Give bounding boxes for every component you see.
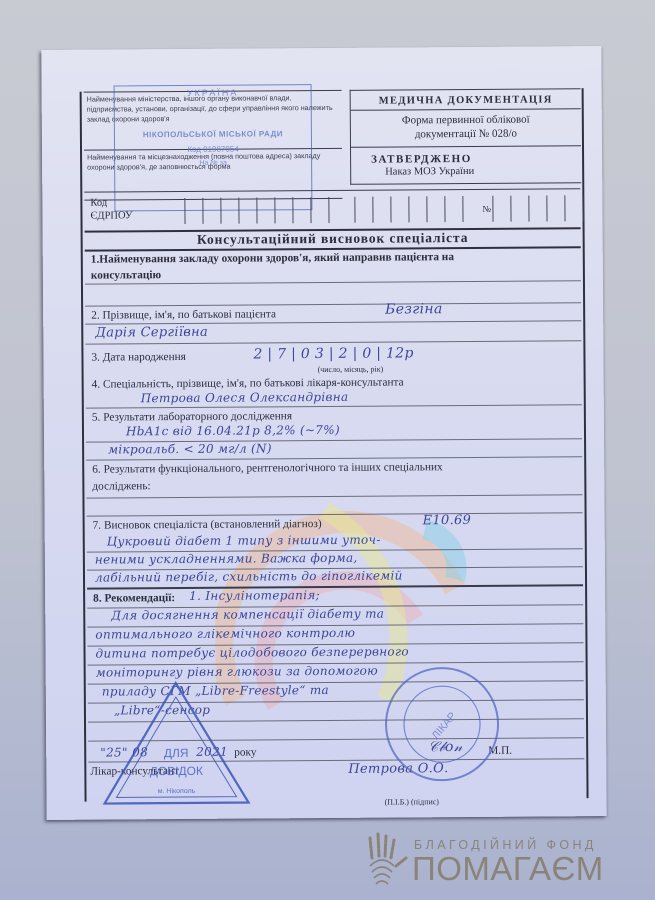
patient-name: Дарія Сергіївна: [95, 325, 208, 341]
stamp-council: НІКОПОЛЬСЬКОЇ МІСЬКОЇ РАДИ: [115, 129, 311, 139]
recommendation-0: 1. Інсулінотерапія;: [189, 588, 320, 603]
approved-label: ЗАТВЕРДЖЕНО: [351, 146, 581, 166]
birth-date: 2 | 7 | 0 3 | 2 | 0 | 12р: [253, 345, 413, 362]
field-2-label: 2. Прізвище, ім'я, по батькові пацієнта: [91, 308, 276, 321]
field-4-label: 4. Спеціальність, прізвище, ім'я, по бат…: [92, 376, 404, 390]
stamp-reg: На № за: [115, 159, 311, 167]
medical-documentation-title: МЕДИЧНА ДОКУМЕНТАЦІЯ: [351, 89, 581, 111]
recommendation-3: дитина потребує цілодобового безперервно…: [95, 644, 408, 660]
form-028-o: Найменування міністерства, іншого органу…: [80, 88, 589, 802]
round-stamp: ЛІКАР: [382, 664, 503, 785]
field-6-label: 6. Результати функціонального, рентгенол…: [92, 461, 443, 475]
number-cells: [492, 195, 583, 222]
birth-date-hint: (число, місяць, рік): [318, 365, 384, 374]
field-6-label-cont: досліджень:: [92, 480, 150, 492]
number-sign: №: [482, 204, 491, 214]
order-label: Наказ МОЗ України: [351, 164, 581, 184]
field-1-label-cont: консультацію: [91, 269, 161, 281]
charity-name: ПОМАГАЄМ: [412, 850, 604, 888]
stamp-country: УКРАЇНА: [115, 87, 311, 98]
medical-form-sheet: Найменування міністерства, іншого органу…: [41, 46, 606, 820]
recommendation-2: оптимального глікемічного контролю: [95, 626, 355, 642]
field-8-label: 8. Рекомендації:: [93, 592, 175, 605]
diagnosis-code: E10.69: [423, 513, 472, 528]
triangle-stamp-city: м. Нікополь: [158, 787, 196, 795]
field-5-label: 5. Результати лабораторного дослідження: [92, 410, 292, 423]
patient-surname: Безгіна: [385, 301, 443, 317]
round-stamp-center: ЛІКАР: [430, 710, 459, 742]
pib-hint: (П.І.Б.) (підпис): [385, 797, 439, 806]
field-1-label: 1.Найменування закладу охорони здоров'я,…: [91, 251, 454, 266]
triangle-stamp-top: ДЛЯ: [164, 746, 189, 760]
code-label-1: Код: [90, 196, 132, 209]
recommendation-1: Для досягнення компенсації діабету та: [111, 607, 384, 623]
triangle-stamp: ДЛЯ ДОВІДОК м. Нікополь: [100, 679, 253, 808]
form-name: Форма первинної облікової документації №…: [351, 109, 581, 148]
diagnosis-line-1: Цукровий діабет 1 типу з іншими уточ-: [107, 533, 381, 549]
document-title: Консультаційний висновок спеціаліста: [85, 228, 581, 251]
code-edrpou-row: Код ЄДРПОУ №: [84, 188, 580, 232]
field-7-label: 7. Висновок спеціаліста (встановлений ді…: [93, 518, 322, 532]
charity-logo: БЛАГОДІЙНИЙ ФОНД ПОМАГАЄМ: [360, 832, 650, 892]
header-right-block: МЕДИЧНА ДОКУМЕНТАЦІЯ Форма первинної обл…: [350, 88, 582, 185]
edrpou-cells: [184, 197, 329, 224]
extra-cells: [354, 196, 480, 223]
diagnosis-line-2: неними ускладненнями. Важка форма,: [95, 551, 358, 567]
code-label-2: ЄДРПОУ: [90, 209, 132, 222]
hand-icon: [360, 832, 412, 888]
triangle-stamp-bottom: ДОВІДОК: [150, 764, 203, 778]
field-3-label: 3. Дата народження: [91, 351, 185, 364]
stamp-code: Код 01987054: [115, 144, 311, 154]
lab-result-1: HbA1c від 16.04.21р 8,2% (~7%): [126, 423, 340, 438]
form-name-line-2: документації № 028/о: [351, 126, 581, 142]
consultant-name: Петрова Олеся Олександрівна: [141, 390, 349, 405]
diagnosis-line-3: лабільний перебіг, схильність до гіпоглі…: [95, 568, 403, 584]
code-label: Код ЄДРПОУ: [90, 196, 132, 222]
lab-result-2: мікроальб. < 20 мг/л (N): [108, 441, 272, 456]
recommendation-4: моніторингу рівня глюкози за допомогою: [96, 664, 378, 680]
